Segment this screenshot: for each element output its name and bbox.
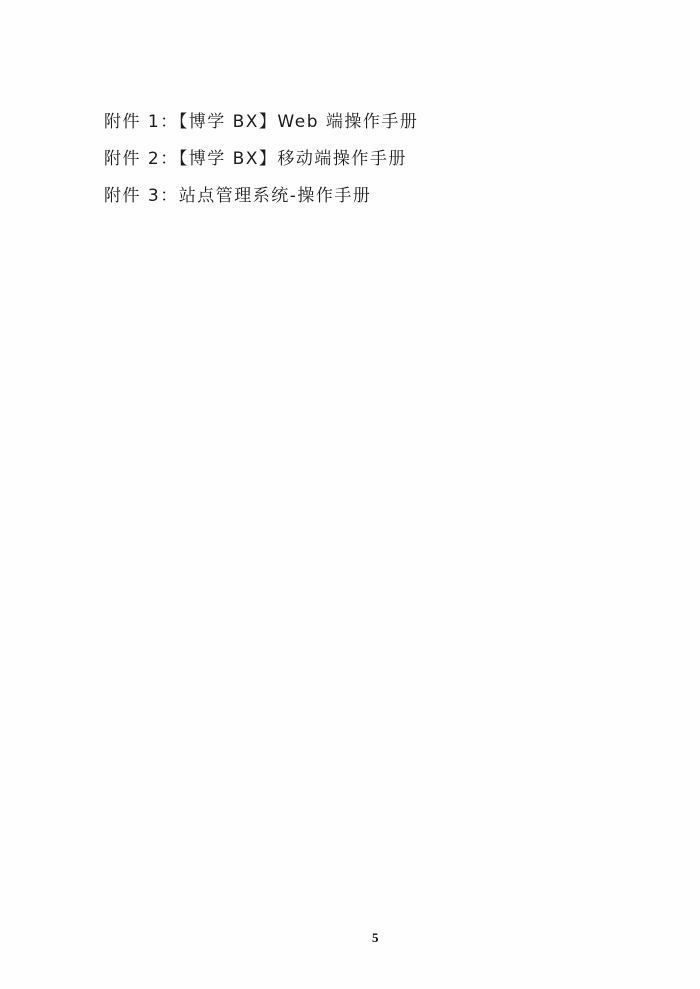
attachment-item-1: 附件 1：【博学 BX】Web 端操作手册	[104, 104, 418, 141]
attachment-list: 附件 1：【博学 BX】Web 端操作手册 附件 2：【博学 BX】移动端操作手…	[104, 104, 418, 215]
attachment-item-3: 附件 3：站点管理系统-操作手册	[104, 178, 418, 215]
page-number: 5	[372, 930, 379, 946]
document-page: 附件 1：【博学 BX】Web 端操作手册 附件 2：【博学 BX】移动端操作手…	[0, 0, 700, 989]
attachment-item-2: 附件 2：【博学 BX】移动端操作手册	[104, 141, 418, 178]
